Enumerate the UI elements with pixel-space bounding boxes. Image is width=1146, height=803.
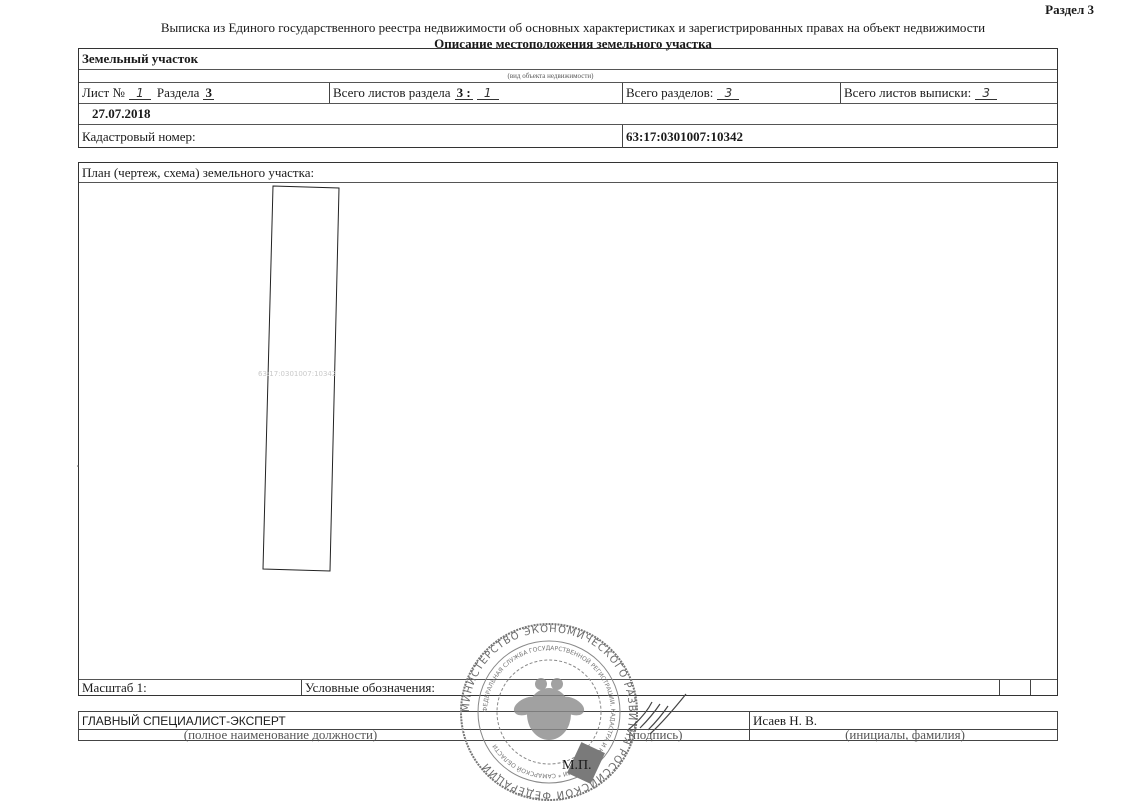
position-caption: (полное наименование должности) bbox=[79, 730, 479, 740]
official-stamp: МИНИСТЕРСТВО ЭКОНОМИЧЕСКОГО РАЗВИТИЯ РОС… bbox=[455, 622, 643, 802]
name-caption: (инициалы, фамилия) bbox=[749, 730, 1057, 740]
parcel-outline bbox=[263, 186, 339, 571]
handwritten-signature bbox=[620, 690, 700, 740]
parcel-number-label: 63:17:0301007:10342 bbox=[258, 370, 336, 378]
seal-placeholder: М.П. bbox=[562, 758, 592, 774]
